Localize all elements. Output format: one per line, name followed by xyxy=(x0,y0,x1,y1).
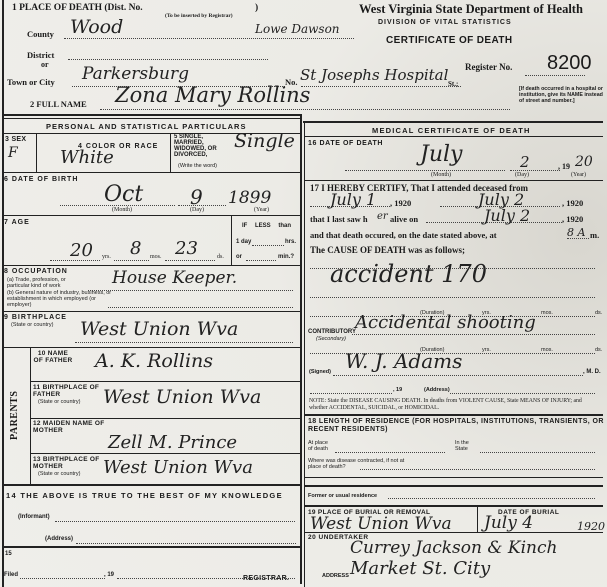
rule xyxy=(30,381,300,382)
contributory-value: Accidental shooting xyxy=(355,312,536,333)
informant-statement: 14 THE ABOVE IS TRUE TO THE BEST OF MY K… xyxy=(6,491,283,500)
in-state-label: In the State xyxy=(455,440,480,452)
less-than-label: IF LESS than xyxy=(242,223,291,229)
birthplace-line xyxy=(75,342,293,343)
former-residence-label: Former or usual residence xyxy=(308,493,377,499)
residence-label: 18 LENGTH OF RESIDENCE (FOR HOSPITALS, I… xyxy=(308,418,604,434)
rule xyxy=(2,118,302,119)
rule xyxy=(30,347,31,484)
month-label: (Month) xyxy=(112,207,132,213)
in-state-line xyxy=(480,452,595,453)
min-line xyxy=(246,260,276,261)
marital-value: Single xyxy=(234,130,295,152)
mother-birthplace-label: 13 BIRTHPLACE OF MOTHER xyxy=(33,456,103,470)
doctor-address-label: (Address) xyxy=(424,387,450,393)
last-saw-text: that I last saw h xyxy=(310,214,368,224)
dod-day: 2 xyxy=(520,153,530,171)
dob-year: 1899 xyxy=(228,188,271,208)
md-label: , M. D. xyxy=(583,369,601,375)
doctor-address-line xyxy=(450,393,595,394)
field-15: 15 xyxy=(5,551,12,557)
year-label: (Year) xyxy=(254,207,269,213)
contracted-line xyxy=(360,469,595,470)
full-name-line xyxy=(100,109,510,110)
rule xyxy=(2,311,300,312)
informant-line xyxy=(55,521,295,522)
cause-ds-label: ds. xyxy=(595,310,602,316)
mos-label: mos. xyxy=(150,254,162,260)
mother-name: Zell M. Prince xyxy=(108,432,237,453)
father-birthplace-hint: (State or country) xyxy=(38,399,81,405)
signature-line xyxy=(333,375,583,376)
secondary-label: (Secondary) xyxy=(316,336,346,342)
signed-label: (Signed) xyxy=(309,369,331,375)
rule xyxy=(30,453,300,454)
filed-line xyxy=(20,578,105,579)
mother-birthplace-hint: (State or country) xyxy=(38,471,81,477)
dept-title: West Virginia State Department of Health xyxy=(359,2,583,17)
attended-to-year: , 1920 xyxy=(562,198,583,208)
m-label: m. xyxy=(590,230,599,240)
birthplace-hint: (State or country) xyxy=(11,322,54,328)
at-place-label: At place of death xyxy=(308,440,333,452)
parents-side-label: PARENTS xyxy=(9,391,20,440)
signature-value: W. J. Adams xyxy=(345,349,462,373)
occupation-a-line xyxy=(88,290,293,291)
death-certificate: West Virginia State Department of Health… xyxy=(0,0,607,587)
rule xyxy=(2,484,300,486)
race-value: White xyxy=(60,147,114,168)
dod-label: 16 DATE OF DEATH xyxy=(308,140,383,147)
former-residence-line xyxy=(388,498,595,499)
contributory-ds-label: ds. xyxy=(595,347,602,353)
district-label: District xyxy=(27,50,54,60)
attended-from: July 1 xyxy=(330,190,376,209)
rule xyxy=(2,172,300,173)
dod-day-line xyxy=(510,170,560,171)
register-label: Register No. xyxy=(465,62,512,72)
rule xyxy=(2,215,300,216)
yrs-label: yrs. xyxy=(102,254,111,260)
rule xyxy=(303,121,603,123)
hrs-label: hrs. xyxy=(285,239,296,245)
place-of-death-label: 1 PLACE OF DEATH (Dist. No. xyxy=(12,3,143,13)
father-name-label: 10 NAME OF FATHER xyxy=(33,350,73,364)
birthplace-label: 9 BIRTHPLACE xyxy=(4,314,67,321)
informant-address-label: (Address) xyxy=(45,536,73,542)
undertaker-address: Market St. City xyxy=(350,558,490,579)
dod-year-prefix: , 19 xyxy=(558,162,570,171)
county-value: Wood xyxy=(70,16,123,38)
last-saw-date: July 2 xyxy=(484,206,530,225)
rule xyxy=(305,477,603,478)
dob-label: 6 DATE OF BIRTH xyxy=(4,176,78,183)
dob-month: Oct xyxy=(104,182,143,207)
age-months-line xyxy=(114,260,149,261)
filed-year: , 19 xyxy=(104,572,114,578)
marital-hint: (Write the word) xyxy=(178,163,217,169)
ds-label: ds. xyxy=(217,254,224,260)
rule xyxy=(305,505,603,507)
street-value: St Josephs Hospital xyxy=(300,66,448,84)
dod-month-label: (Month) xyxy=(431,172,451,178)
occupation-label: 8 OCCUPATION xyxy=(4,268,68,275)
age-months: 8 xyxy=(130,238,141,259)
occupation-value: House Keeper. xyxy=(112,268,237,288)
personal-section-title: PERSONAL AND STATISTICAL PARTICULARS xyxy=(46,122,246,131)
mother-name-label: 12 MAIDEN NAME OF MOTHER xyxy=(33,420,113,434)
full-name-label: 2 FULL NAME xyxy=(30,99,87,109)
undertaker-address-label: ADDRESS xyxy=(322,573,349,579)
marital-label: 5 SINGLE, MARRIED, WIDOWED, OR DIVORCED, xyxy=(174,134,234,158)
contributory-label: CONTRIBUTORY xyxy=(308,329,356,335)
certificate-title: CERTIFICATE OF DEATH xyxy=(386,35,513,46)
dod-year-label: (Year) xyxy=(571,172,586,178)
occupation-b-label: (b) General nature of industry, business… xyxy=(7,290,112,308)
rule xyxy=(305,532,603,533)
register-number: 8200 xyxy=(547,52,592,75)
hrs-line xyxy=(252,245,284,246)
st-label: St.; xyxy=(448,80,458,88)
alive-on-text: alive on xyxy=(390,214,418,224)
county-label: County xyxy=(27,29,54,39)
district-extra: Lowe Dawson xyxy=(255,22,340,36)
county-line xyxy=(64,38,354,39)
undertaker-value: Currey Jackson & Kinch xyxy=(350,538,557,558)
informant-address-line xyxy=(76,543,296,544)
occupation-a-label: (a) Trade, profession, or particular kin… xyxy=(7,277,87,289)
sex-label: 3 SEX xyxy=(5,136,26,143)
rule xyxy=(2,114,302,116)
rule xyxy=(2,347,300,348)
age-days-line xyxy=(165,260,215,261)
age-years: 20 xyxy=(70,240,93,261)
signed-date-19: , 19 xyxy=(393,387,402,393)
center-divider xyxy=(300,114,302,584)
dod-month: July xyxy=(420,142,462,167)
death-occurred-text: and that death occured, on the date stat… xyxy=(310,230,497,240)
age-days: 23 xyxy=(175,238,198,259)
rule xyxy=(231,215,232,265)
cause-intro: The CAUSE OF DEATH was as follows; xyxy=(310,245,465,255)
dob-day: 9 xyxy=(190,185,203,209)
rule xyxy=(36,133,37,172)
rule xyxy=(305,180,603,181)
town-value: Parkersburg xyxy=(82,64,189,84)
contributory-line xyxy=(352,334,595,335)
note-text: NOTE: State the DISEASE CAUSING DEATH. I… xyxy=(309,398,601,411)
town-label: Town or City xyxy=(7,77,55,87)
father-name: A. K. Rollins xyxy=(95,350,213,372)
paren-close: ) xyxy=(255,3,258,13)
rule xyxy=(305,136,603,137)
hospital-note: [If death occurred in a hospital or inst… xyxy=(519,86,605,104)
rule xyxy=(477,507,478,532)
last-saw-year: , 1920 xyxy=(562,214,583,224)
death-time: 8 A xyxy=(567,226,585,239)
mother-birthplace: West Union Wva xyxy=(103,457,253,478)
dod-day-label: (Day) xyxy=(515,172,529,178)
cause-line-2 xyxy=(310,297,595,298)
occupation-b-line xyxy=(108,307,293,308)
rule xyxy=(30,418,300,419)
district-line xyxy=(68,59,268,60)
or-label: or xyxy=(41,60,49,69)
attended-from-year: , 1920 xyxy=(390,198,411,208)
sex-value: F xyxy=(8,145,18,161)
rule xyxy=(305,485,603,487)
at-place-line xyxy=(335,452,445,453)
age-label: 7 AGE xyxy=(4,219,30,226)
burial-date: July 4 xyxy=(484,513,533,533)
day-label: (Day) xyxy=(190,207,204,213)
rule xyxy=(2,265,300,266)
birthplace-value: West Union Wva xyxy=(80,318,238,340)
burial-place: West Union Wva xyxy=(310,514,452,534)
last-saw-pronoun: er xyxy=(377,211,388,222)
street-line xyxy=(301,86,461,87)
full-name-value: Zona Mary Rollins xyxy=(115,83,310,107)
or-min-label: or xyxy=(236,254,242,260)
medical-section-title: MEDICAL CERTIFICATE OF DEATH xyxy=(372,126,531,135)
father-birthplace-label: 11 BIRTHPLACE OF FATHER xyxy=(33,384,103,398)
center-divider-inner xyxy=(304,121,305,587)
rule xyxy=(2,546,300,548)
one-day-label: 1 day xyxy=(236,239,251,245)
dod-month-line xyxy=(345,170,505,171)
cause-value: accident 170 xyxy=(330,260,487,288)
left-border xyxy=(2,0,4,587)
min-label: min.? xyxy=(278,254,294,260)
informant-label: (Informant) xyxy=(18,514,50,520)
dod-year: 20 xyxy=(575,154,593,170)
rule xyxy=(170,133,171,172)
registrar-label: REGISTRAR. xyxy=(243,575,289,582)
division-title: DIVISION OF VITAL STATISTICS xyxy=(378,19,512,26)
signed-date-line xyxy=(310,393,392,394)
registrar-note: (To be inserted by Registrar) xyxy=(165,13,233,19)
father-birthplace: West Union Wva xyxy=(103,386,261,408)
filed-label: Filed xyxy=(4,572,18,578)
register-line xyxy=(525,75,585,76)
rule xyxy=(305,414,603,416)
